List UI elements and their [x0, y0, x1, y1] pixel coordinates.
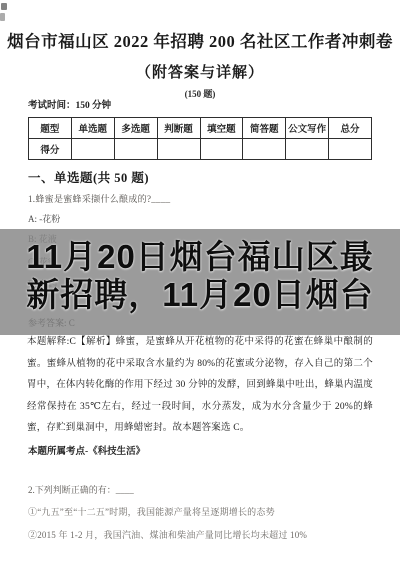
score-table-header-cell: 填空题 [200, 118, 243, 139]
question-1-explanation: 本题解释:C【解析】蜂蜜，是蜜蜂从开花植物的花中采得的花蜜在蜂巢中酿制的蜜。蜜蜂… [27, 332, 373, 440]
score-table-header-cell: 公文写作 [286, 118, 329, 139]
watermark-headline: 11月20日烟台福山区最 新招聘，11月20日烟台 [0, 238, 400, 314]
score-cell-empty [286, 139, 329, 160]
exam-paper-page: 烟台市福山区 2022 年招聘 200 名社区工作者冲刺卷 （附答案与详解） (… [0, 0, 400, 566]
score-cell-empty [157, 139, 200, 160]
score-row-label: 得分 [29, 139, 72, 160]
score-table-header-cell: 简答题 [243, 118, 286, 139]
score-cell-empty [243, 139, 286, 160]
score-cell-empty [200, 139, 243, 160]
page-title: 烟台市福山区 2022 年招聘 200 名社区工作者冲刺卷 [0, 28, 400, 52]
score-table: 题型 单选题 多选题 判断题 填空题 简答题 公文写作 总分 得分 [28, 117, 372, 160]
question-2-item-1: ①“九五”至“十二五”时期，我国能源产量将呈逐期增长的态势 [28, 505, 275, 518]
question-1-option-a: A: -花粉 [28, 212, 60, 225]
watermark-band: B: 花液 C: 花蜜 D: 花药 参考答案: C 11月20日烟台福山区最 新… [0, 229, 400, 335]
page-subtitle: （附答案与详解） [0, 61, 400, 82]
question-1-answer: 参考答案: C [28, 316, 75, 329]
corner-smudge [1, 3, 7, 10]
corner-smudge [0, 13, 5, 21]
exam-time-label: 考试时间：150 分钟 [28, 97, 111, 111]
section-heading: 一、单选题(共 50 题) [28, 168, 149, 186]
watermark-headline-line1: 11月20日烟台福山区最 [0, 238, 400, 276]
question-2-item-2: ②2015 年 1-2 月，我国汽油、煤油和柴油产量同比增长均未超过 10% [28, 528, 307, 541]
score-cell-empty [329, 139, 372, 160]
score-table-header-cell: 单选题 [71, 118, 114, 139]
score-cell-empty [114, 139, 157, 160]
watermark-headline-line2: 新招聘，11月20日烟台 [0, 276, 400, 314]
score-table-score-row: 得分 [29, 139, 372, 160]
question-1-text: 1.蜂蜜是蜜蜂采撷什么酿成的?____ [28, 192, 170, 205]
score-table-header-cell: 判断题 [157, 118, 200, 139]
score-cell-empty [71, 139, 114, 160]
question-1-knowledge-point: 本题所属考点-《科技生活》 [28, 443, 145, 457]
score-table-header-cell: 题型 [29, 118, 72, 139]
score-table-header-cell: 多选题 [114, 118, 157, 139]
question-2-text: 2.下列判断正确的有：____ [28, 483, 134, 496]
score-table-header-cell: 总分 [329, 118, 372, 139]
score-table-header-row: 题型 单选题 多选题 判断题 填空题 简答题 公文写作 总分 [29, 118, 372, 139]
